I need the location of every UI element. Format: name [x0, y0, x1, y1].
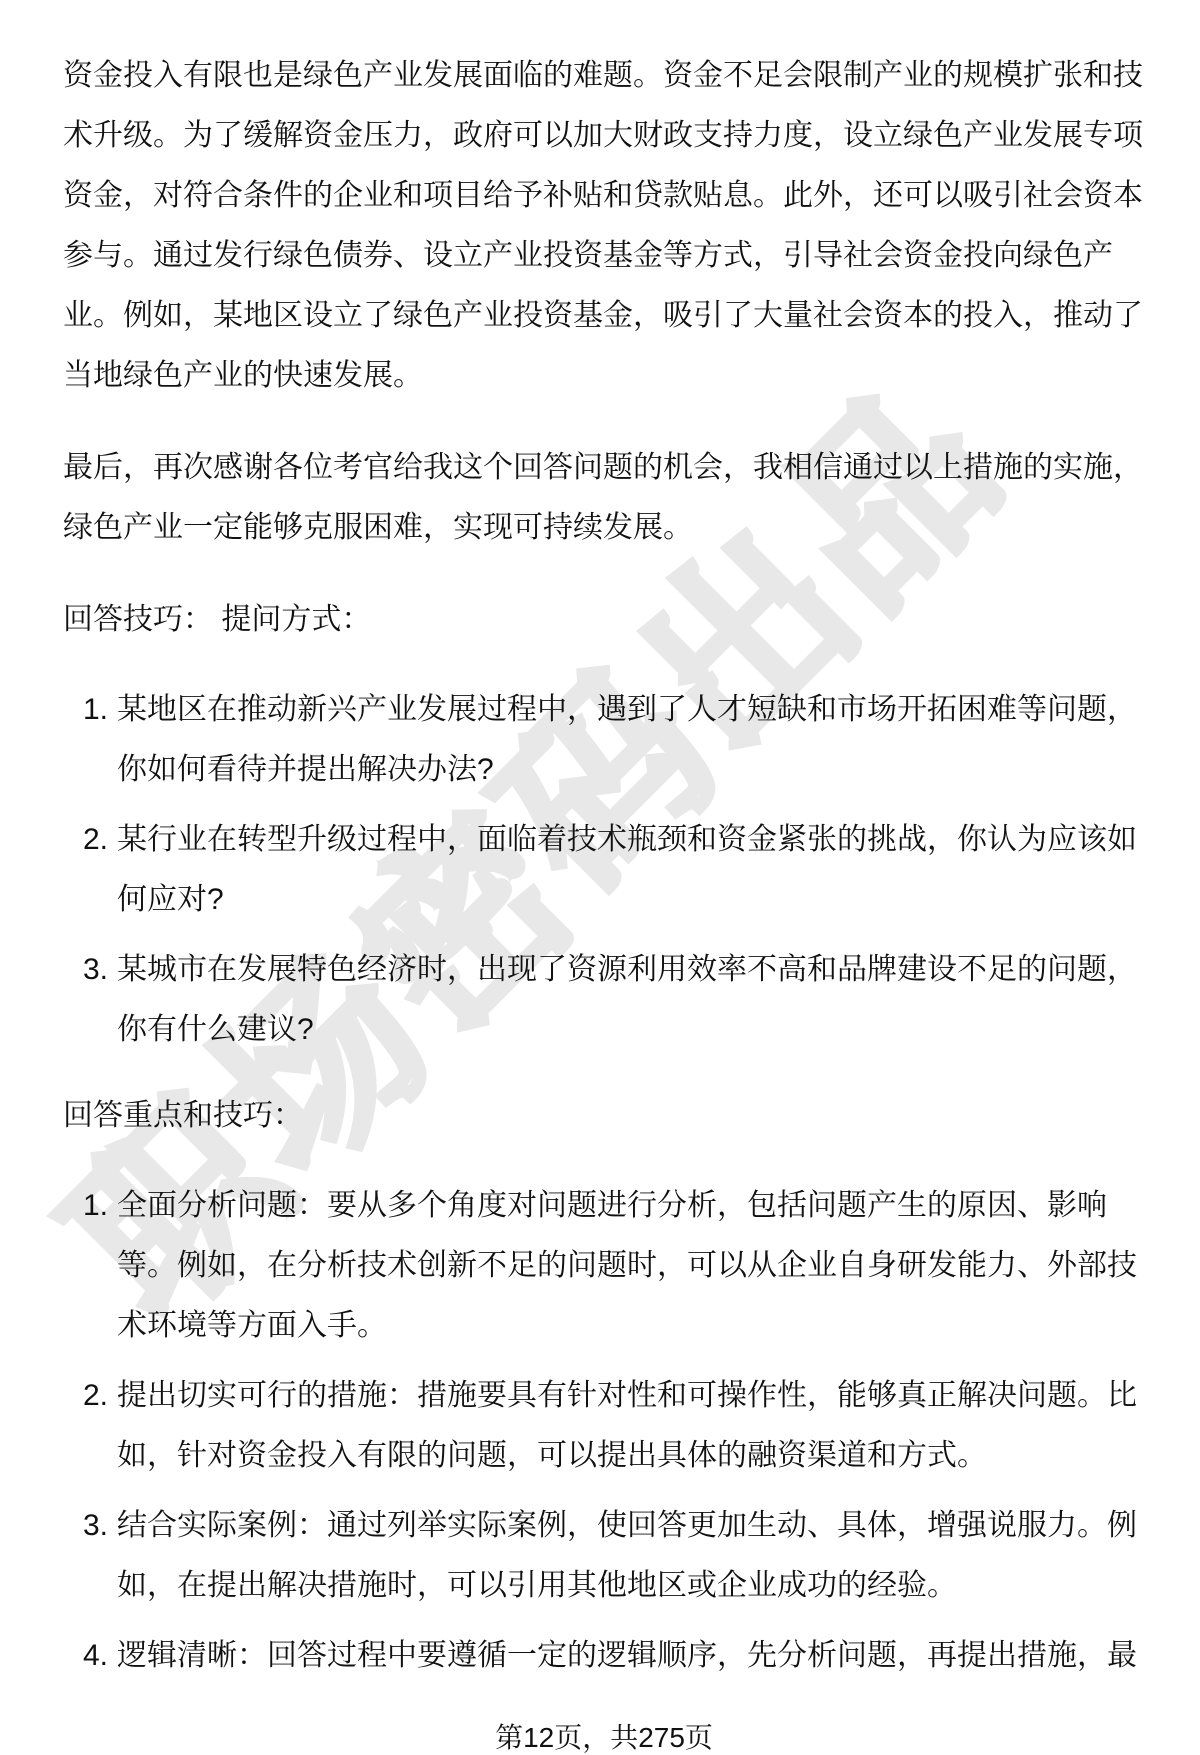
- list-item-text: 全面分析问题：要从多个角度对问题进行分析，包括问题产生的原因、影响等。例如，在分…: [117, 1176, 1145, 1356]
- page-number-indicator: 第12页，共275页: [63, 1718, 1145, 1755]
- list-item: 1. 全面分析问题：要从多个角度对问题进行分析，包括问题产生的原因、影响等。例如…: [63, 1176, 1145, 1356]
- list-item-number: 3.: [63, 1496, 117, 1556]
- list-item: 2. 提出切实可行的措施：措施要具有针对性和可操作性，能够真正解决问题。比如，针…: [63, 1366, 1145, 1486]
- list-item-number: 1.: [63, 680, 117, 740]
- list-item-number: 2.: [63, 1366, 117, 1426]
- list-item-number: 2.: [63, 810, 117, 870]
- list-item-text: 某地区在推动新兴产业发展过程中，遇到了人才短缺和市场开拓困难等问题，你如何看待并…: [117, 680, 1145, 800]
- list-item: 2. 某行业在转型升级过程中，面临着技术瓶颈和资金紧张的挑战，你认为应该如何应对…: [63, 810, 1145, 930]
- list-item-text: 某行业在转型升级过程中，面临着技术瓶颈和资金紧张的挑战，你认为应该如何应对?: [117, 810, 1145, 930]
- heading-answer-techniques: 回答技巧： 提问方式：: [63, 590, 1145, 650]
- list-item-number: 1.: [63, 1176, 117, 1236]
- list-item-text: 结合实际案例：通过列举实际案例，使回答更加生动、具体，增强说服力。例如，在提出解…: [117, 1496, 1145, 1616]
- list-item: 3. 某城市在发展特色经济时，出现了资源利用效率不高和品牌建设不足的问题，你有什…: [63, 940, 1145, 1060]
- list-item-number: 3.: [63, 940, 117, 1000]
- answer-points-list: 1. 全面分析问题：要从多个角度对问题进行分析，包括问题产生的原因、影响等。例如…: [63, 1176, 1145, 1686]
- list-item: 3. 结合实际案例：通过列举实际案例，使回答更加生动、具体，增强说服力。例如，在…: [63, 1496, 1145, 1616]
- list-item: 4. 逻辑清晰：回答过程中要遵循一定的逻辑顺序，先分析问题，再提出措施，最: [63, 1626, 1145, 1686]
- list-item: 1. 某地区在推动新兴产业发展过程中，遇到了人才短缺和市场开拓困难等问题，你如何…: [63, 680, 1145, 800]
- document-page: 职场密码出品 资金投入有限也是绿色产业发展面临的难题。资金不足会限制产业的规模扩…: [0, 0, 1200, 1755]
- list-item-text: 逻辑清晰：回答过程中要遵循一定的逻辑顺序，先分析问题，再提出措施，最: [117, 1626, 1145, 1686]
- list-item-text: 某城市在发展特色经济时，出现了资源利用效率不高和品牌建设不足的问题，你有什么建议…: [117, 940, 1145, 1060]
- paragraph-closing-thanks: 最后，再次感谢各位考官给我这个回答问题的机会，我相信通过以上措施的实施，绿色产业…: [63, 438, 1145, 558]
- list-item-number: 4.: [63, 1626, 117, 1686]
- list-item-text: 提出切实可行的措施：措施要具有针对性和可操作性，能够真正解决问题。比如，针对资金…: [117, 1366, 1145, 1486]
- page-content: 资金投入有限也是绿色产业发展面临的难题。资金不足会限制产业的规模扩张和技术升级。…: [0, 0, 1200, 1755]
- paragraph-funding-difficulty: 资金投入有限也是绿色产业发展面临的难题。资金不足会限制产业的规模扩张和技术升级。…: [63, 46, 1145, 406]
- question-style-list: 1. 某地区在推动新兴产业发展过程中，遇到了人才短缺和市场开拓困难等问题，你如何…: [63, 680, 1145, 1060]
- heading-answer-key-points: 回答重点和技巧：: [63, 1086, 1145, 1146]
